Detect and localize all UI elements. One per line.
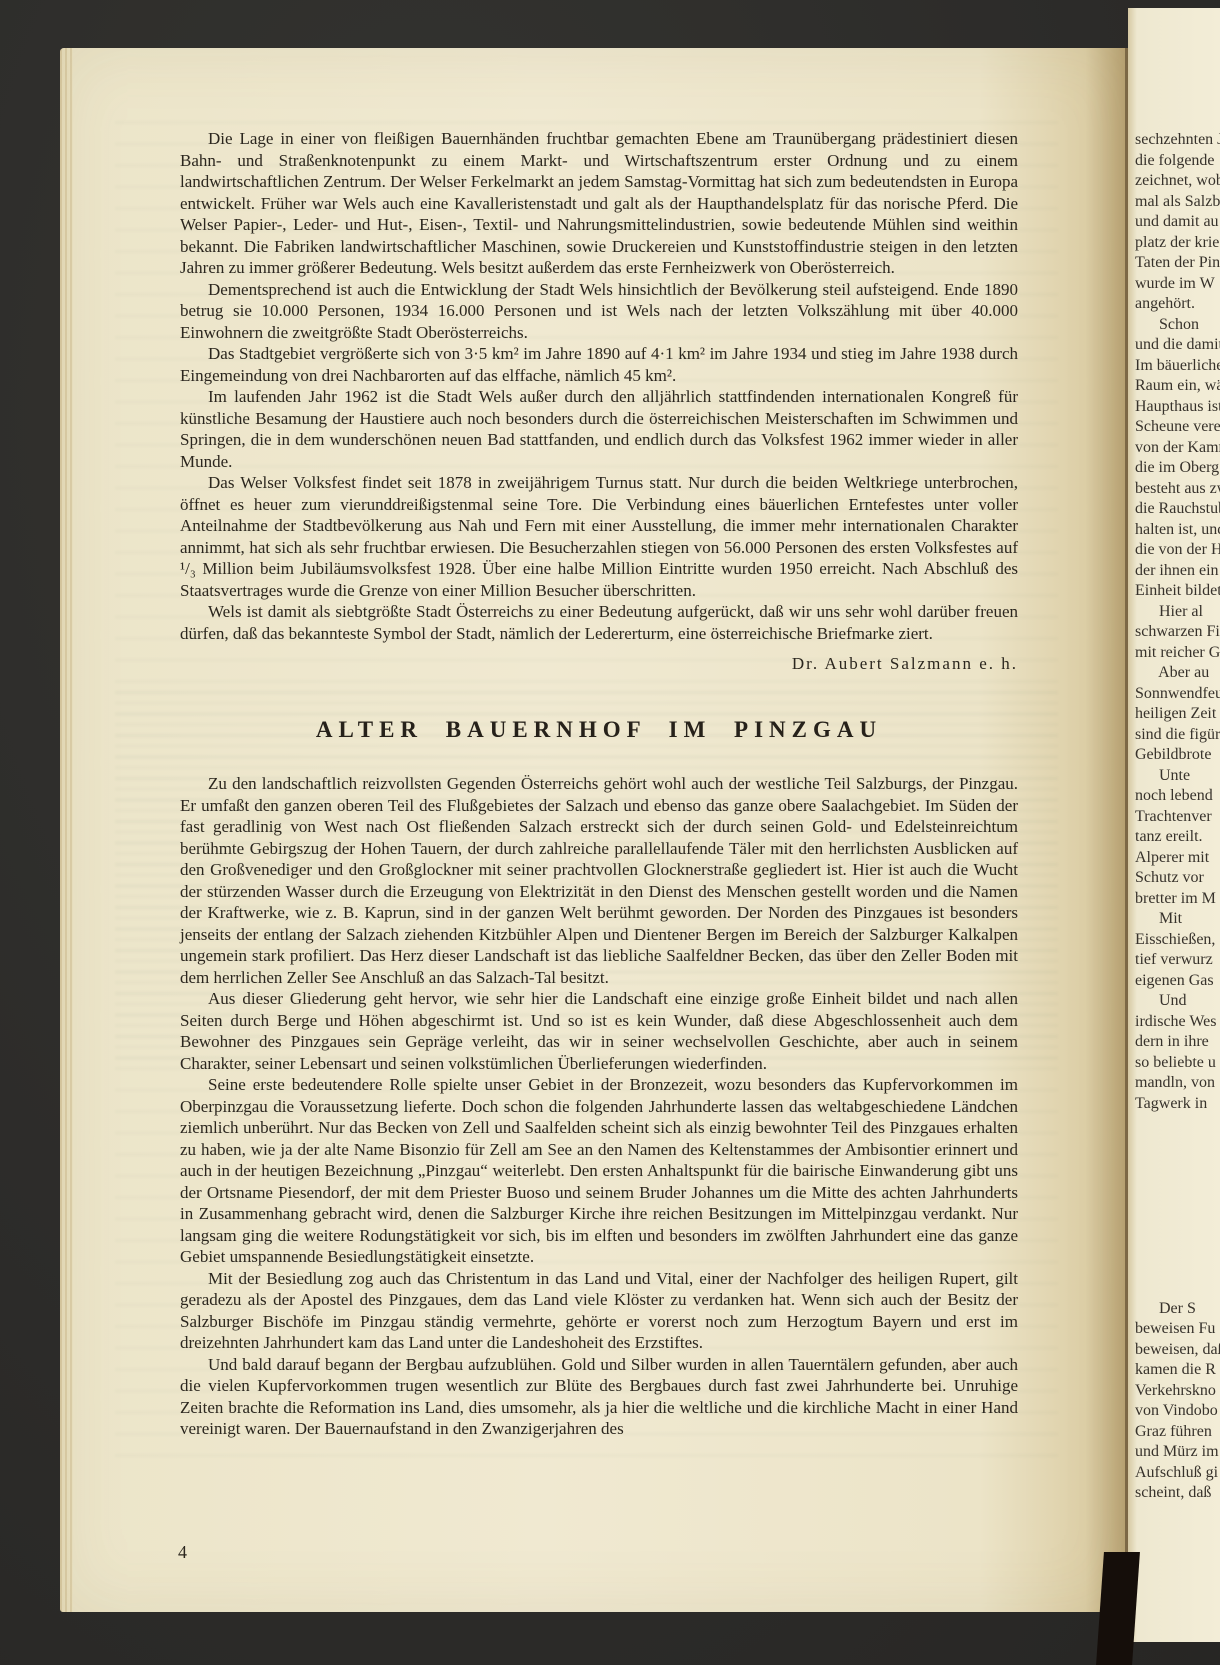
next-page-line: Hier al [1135, 602, 1220, 623]
wels-paragraph: Das Stadtgebiet vergrößerte sich von 3·5… [180, 343, 1018, 386]
next-page-line: kamen die R [1135, 1360, 1220, 1381]
wels-paragraph: Wels ist damit als siebtgrößte Stadt Öst… [180, 601, 1018, 644]
wels-paragraph: Die Lage in einer von fleißigen Bauernhä… [180, 128, 1018, 279]
next-page-line: die Rauchstub [1135, 499, 1220, 520]
next-page-line: tief verwurz [1135, 950, 1220, 971]
next-page-line: Verkehrskno [1135, 1381, 1220, 1402]
book-scan-photo: { "document": { "page_number": "4", "wel… [0, 0, 1220, 1665]
next-page-line: und damit au [1135, 212, 1220, 233]
next-page-line: halten ist, und [1135, 520, 1220, 541]
next-page-line: eigenen Gas [1135, 971, 1220, 992]
author-signature: Dr. Aubert Salzmann e. h. [180, 653, 1018, 675]
next-page-line: platz der krie [1135, 233, 1220, 254]
next-page-line: von der Kamm [1135, 438, 1220, 459]
next-page-line: Taten der Pin [1135, 253, 1220, 274]
next-page-line: noch lebend [1135, 786, 1220, 807]
pinzgau-paragraph: Zu den landschaftlich reizvollsten Gegen… [180, 773, 1018, 988]
pinzgau-paragraph: Seine erste bedeutendere Rolle spielte u… [180, 1074, 1018, 1268]
next-page-line: heiligen Zeit [1135, 704, 1220, 725]
next-page-line: besteht aus zw [1135, 479, 1220, 500]
next-page-line: mit reicher Go [1135, 643, 1220, 664]
next-page-line: schwarzen Fil [1135, 622, 1220, 643]
next-page-line: tanz ereilt. [1135, 827, 1220, 848]
next-page-line: Tagwerk in [1135, 1094, 1220, 1115]
next-page-line: Aufschluß gi [1135, 1463, 1220, 1484]
pinzgau-paragraph: Und bald darauf begann der Bergbau aufzu… [180, 1354, 1018, 1440]
next-page-line [1135, 1278, 1220, 1299]
next-page-line [1135, 1176, 1220, 1197]
next-page-line [1135, 1135, 1220, 1156]
wels-paragraph: Dementsprechend ist auch die Entwicklung… [180, 279, 1018, 344]
page-number: 4 [178, 1542, 187, 1563]
next-page-line: Sonnwendfeue [1135, 684, 1220, 705]
next-page-line: Haupthaus ist [1135, 397, 1220, 418]
section-heading: ALTER BAUERNHOF IM PINZGAU [180, 719, 1018, 741]
next-page-line: beweisen Fu [1135, 1319, 1220, 1340]
next-page-line: bretter im M [1135, 889, 1220, 910]
pinzgau-paragraph: Mit der Besiedlung zog auch das Christen… [180, 1268, 1018, 1354]
next-page-line: irdische Wes [1135, 1012, 1220, 1033]
next-page-line: mandln, von [1135, 1073, 1220, 1094]
wels-section: Die Lage in einer von fleißigen Bauernhä… [180, 128, 1018, 644]
next-page-text-fragments: sechzehnten Jdie folgendezeichnet, wobma… [1135, 130, 1220, 1504]
next-page-sliver: sechzehnten Jdie folgendezeichnet, wobma… [1128, 8, 1220, 1642]
next-page-line: Aber au [1135, 663, 1220, 684]
next-page-line: die von der H [1135, 540, 1220, 561]
next-page-line: Mit [1135, 909, 1220, 930]
wels-paragraph: Das Welser Volksfest findet seit 1878 in… [180, 472, 1018, 601]
next-page-line: mal als Salzb [1135, 192, 1220, 213]
next-page-line: Scheune verei [1135, 417, 1220, 438]
pinzgau-section: Zu den landschaftlich reizvollsten Gegen… [180, 773, 1018, 1440]
next-page-line: angehört. [1135, 294, 1220, 315]
next-page-line: wurde im W [1135, 274, 1220, 295]
next-page-line: sind die figür [1135, 725, 1220, 746]
next-page-line: und Mürz im [1135, 1442, 1220, 1463]
next-page-line: die im Oberg [1135, 458, 1220, 479]
next-page-line: der ihnen ein [1135, 561, 1220, 582]
next-page-line: Schutz vor [1135, 868, 1220, 889]
next-page-line [1135, 1155, 1220, 1176]
next-page-line [1135, 1237, 1220, 1258]
next-page-line: Schon [1135, 315, 1220, 336]
next-page-line: sechzehnten J [1135, 130, 1220, 151]
next-page-line: die folgende [1135, 151, 1220, 172]
page-text-block: Die Lage in einer von fleißigen Bauernhä… [180, 128, 1018, 1440]
next-page-line: Im bäuerliche [1135, 356, 1220, 377]
next-page-line: dern in ihre [1135, 1032, 1220, 1053]
next-page-line: Eisschießen, [1135, 930, 1220, 951]
next-page-line: Raum ein, wäl [1135, 376, 1220, 397]
next-page-line [1135, 1196, 1220, 1217]
next-page-line: Alperer mit [1135, 848, 1220, 869]
next-page-line: Unte [1135, 766, 1220, 787]
next-page-line: und die damit [1135, 335, 1220, 356]
next-page-line: Gebildbrote [1135, 745, 1220, 766]
next-page-line: beweisen, daß [1135, 1340, 1220, 1361]
book-page: Die Lage in einer von fleißigen Bauernhä… [60, 48, 1128, 1612]
book-spine [1096, 1552, 1140, 1665]
next-page-line: zeichnet, wob [1135, 171, 1220, 192]
next-page-line: scheint, daß [1135, 1483, 1220, 1504]
next-page-line: Graz führen [1135, 1422, 1220, 1443]
next-page-line [1135, 1114, 1220, 1135]
pinzgau-paragraph: Aus dieser Gliederung geht hervor, wie s… [180, 988, 1018, 1074]
next-page-line: Einheit bildet [1135, 581, 1220, 602]
next-page-line: von Vindobo [1135, 1401, 1220, 1422]
next-page-line: Trachtenver [1135, 807, 1220, 828]
next-page-line: Und [1135, 991, 1220, 1012]
next-page-line: Der S [1135, 1299, 1220, 1320]
wels-paragraph: Im laufenden Jahr 1962 ist die Stadt Wel… [180, 386, 1018, 472]
next-page-line [1135, 1217, 1220, 1238]
next-page-line [1135, 1258, 1220, 1279]
next-page-line: so beliebte u [1135, 1053, 1220, 1074]
